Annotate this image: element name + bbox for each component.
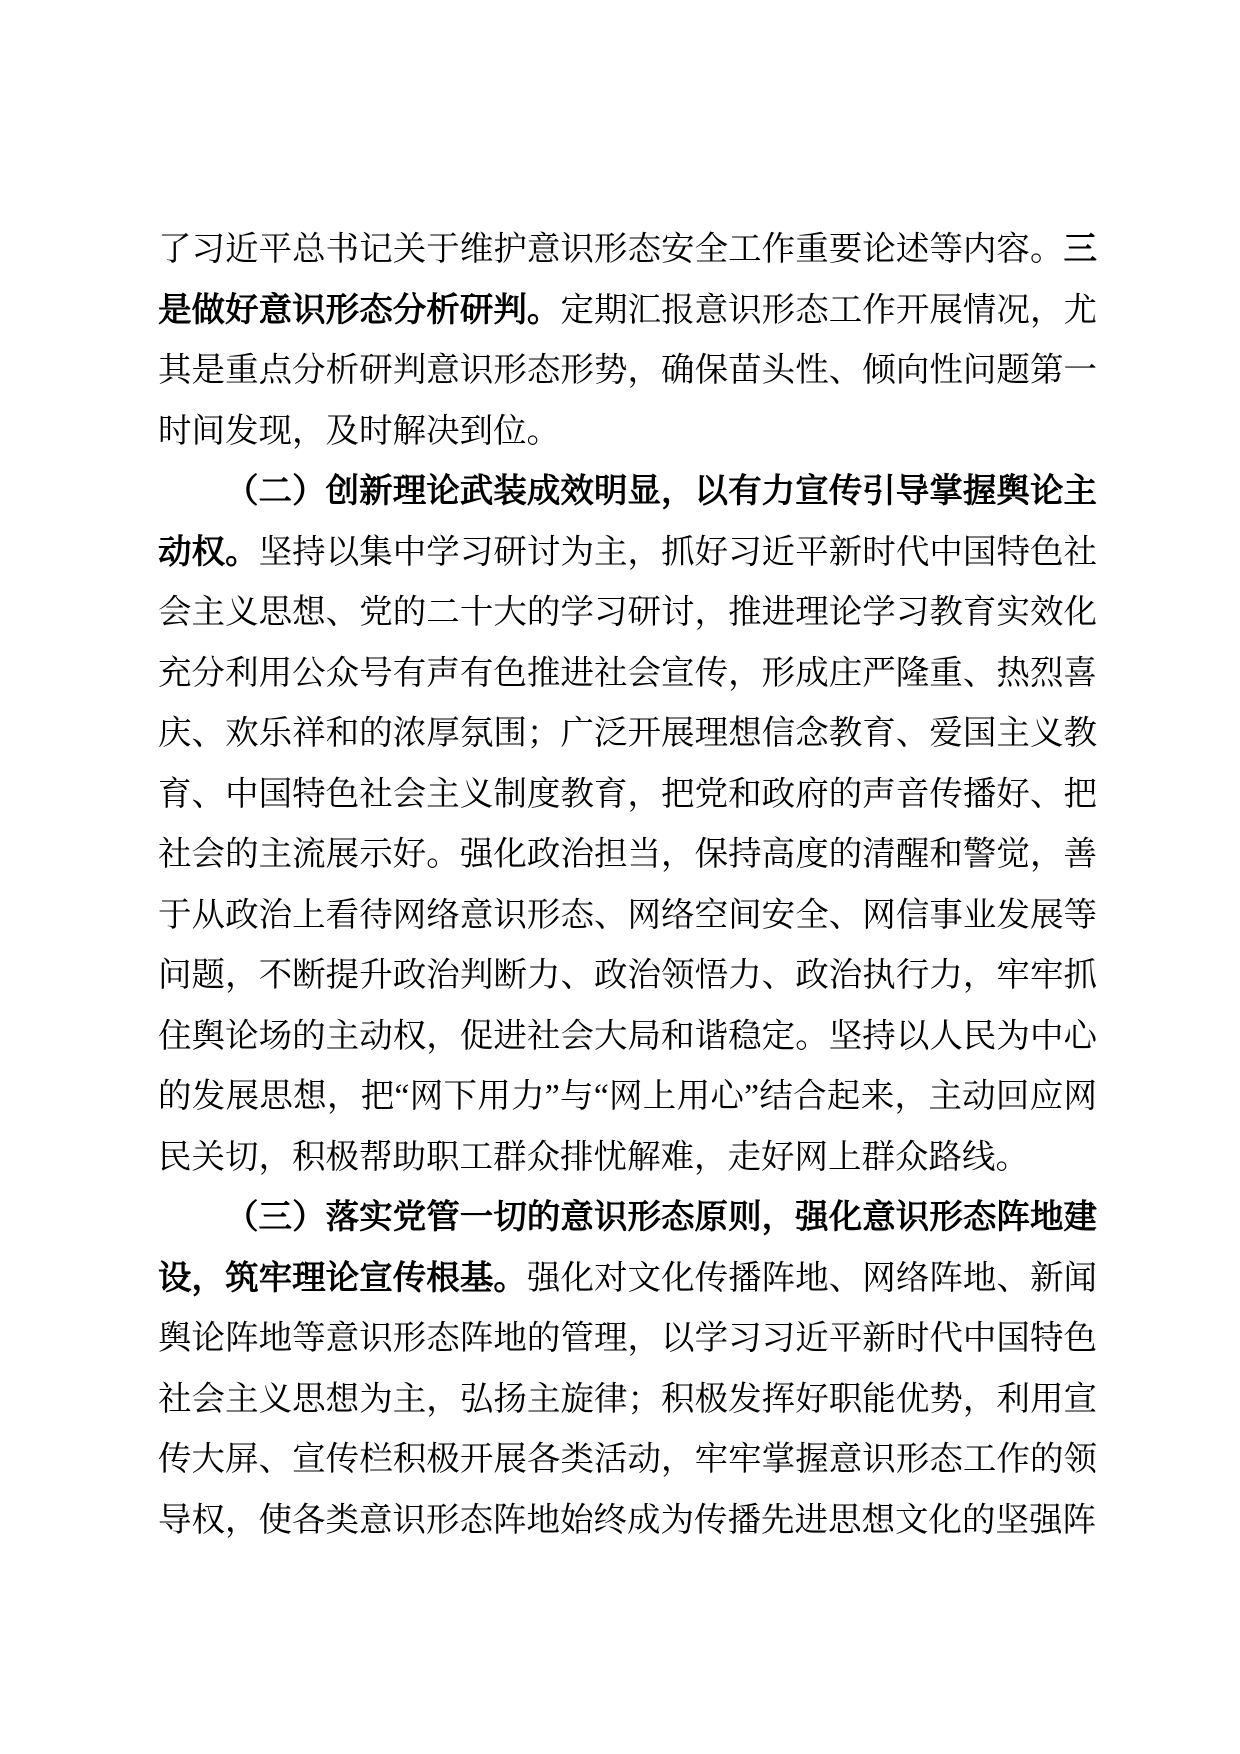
text-run: 了习近平总书记关于维护意识形态安全工作重要论述等内容。: [158, 231, 1064, 268]
paragraph-continuation: 了习近平总书记关于维护意识形态安全工作重要论述等内容。三是做好意识形态分析研判。…: [158, 220, 1097, 462]
paragraph-section-2: （二）创新理论武装成效明显，以有力宣传引导掌握舆论主动权。坚持以集中学习研讨为主…: [158, 462, 1097, 1188]
text-run: 强化对文化传播阵地、网络阵地、新闻舆论阵地等意识形态阵地的管理，以学习习近平新时…: [158, 1260, 1097, 1539]
text-run: 坚持以集中学习研讨为主，抓好习近平新时代中国特色社会主义思想、党的二十大的学习研…: [158, 534, 1097, 1176]
document-body: 了习近平总书记关于维护意识形态安全工作重要论述等内容。三是做好意识形态分析研判。…: [158, 220, 1097, 1551]
document-page: 了习近平总书记关于维护意识形态安全工作重要论述等内容。三是做好意识形态分析研判。…: [0, 0, 1240, 1754]
paragraph-section-3: （三）落实党管一切的意识形态原则，强化意识形态阵地建设，筑牢理论宣传根基。强化对…: [158, 1188, 1097, 1551]
